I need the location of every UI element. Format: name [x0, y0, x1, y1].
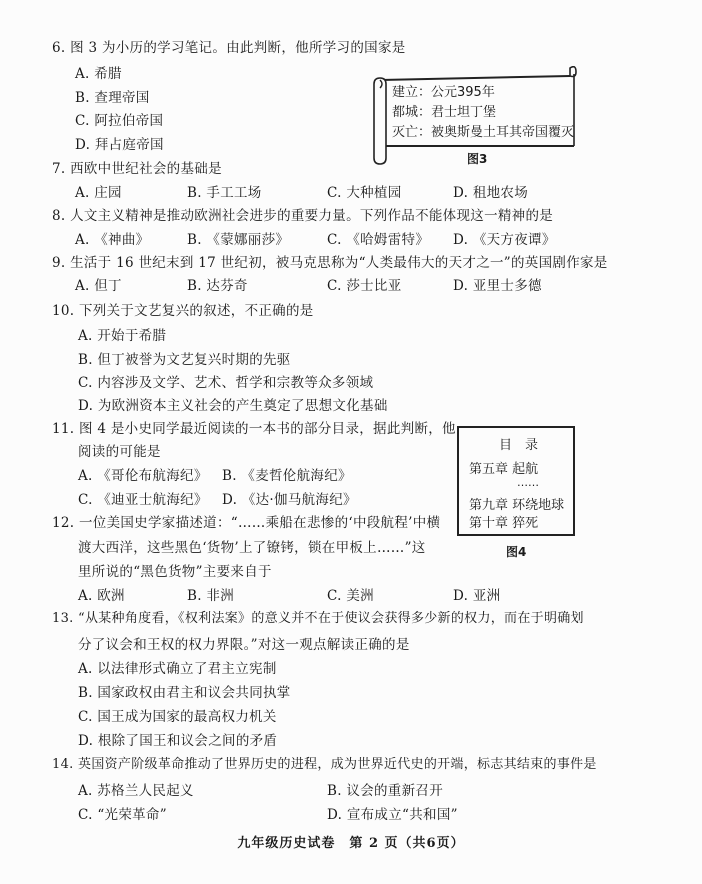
question-13: 13. “从某种角度看，《权利法案》的意义并不在于使议会获得多少新的权力，而在于…	[52, 610, 584, 628]
figure-4-table-of-contents: 目 录 第五章 起航 …… 第九章 环绕地球 第十章 猝死	[457, 426, 575, 536]
option-a[interactable]: A. 但丁	[75, 277, 122, 295]
option-d[interactable]: D. 拜占庭帝国	[75, 136, 164, 154]
question-number: 10.	[52, 303, 74, 319]
question-number: 8.	[52, 208, 65, 224]
question-stem: 人文主义精神是推动欧洲社会进步的重要力量。下列作品不能体现这一精神的是	[70, 208, 553, 224]
question-6: 6. 图 3 为小历的学习笔记。由此判断，他所学习的国家是	[52, 39, 406, 57]
option-c[interactable]: C. 《迪亚士航海纪》	[78, 491, 208, 509]
option-c[interactable]: C. 美洲	[327, 587, 374, 605]
page-footer: 九年级历史试卷 第 2 页（共6页）	[0, 832, 702, 851]
question-stem: 英国资产阶级革命推动了世界历史的进程，成为世界近代史的开端，标志其结束的事件是	[78, 757, 597, 772]
question-stem-line1: 图 4 是小史同学最近阅读的一本书的部分目录，据此判断，他	[79, 421, 456, 437]
option-d[interactable]: D. 根除了国王和议会之间的矛盾	[78, 732, 277, 750]
toc-ellipsis: ……	[517, 476, 539, 489]
question-stem: 下列关于文艺复兴的叙述，不正确的是	[79, 303, 314, 319]
question-number: 14.	[52, 757, 74, 772]
option-b[interactable]: B. 国家政权由君主和议会共同执掌	[78, 684, 291, 702]
question-number: 9.	[52, 255, 65, 271]
question-8: 8. 人文主义精神是推动欧洲社会进步的重要力量。下列作品不能体现这一精神的是	[52, 207, 553, 225]
option-a[interactable]: A. 希腊	[75, 65, 122, 83]
option-b[interactable]: B. 《麦哲伦航海纪》	[222, 467, 352, 485]
question-number: 12.	[52, 515, 74, 531]
option-c[interactable]: C. 莎士比亚	[327, 277, 402, 295]
option-b[interactable]: B. 《蒙娜丽莎》	[187, 231, 289, 249]
option-c[interactable]: C. 国王成为国家的最高权力机关	[78, 708, 277, 726]
option-d[interactable]: D. 《达·伽马航海纪》	[222, 491, 357, 509]
figure-3-line-fall: 灭亡：被奥斯曼土耳其帝国覆灭	[392, 124, 574, 142]
question-stem-line1: 一位美国史学家描述道：“……乘船在悲惨的‘中段航程’中横	[79, 515, 440, 531]
option-b[interactable]: B. 手工工场	[187, 184, 262, 202]
question-stem-line2: 阅读的可能是	[78, 443, 161, 461]
question-11: 11. 图 4 是小史同学最近阅读的一本书的部分目录，据此判断，他	[52, 420, 456, 438]
toc-title: 目 录	[499, 434, 538, 453]
option-a[interactable]: A. 苏格兰人民起义	[78, 782, 194, 800]
question-stem: 西欧中世纪社会的基础是	[70, 161, 222, 177]
option-b[interactable]: B. 但丁被誉为文艺复兴时期的先驱	[78, 351, 291, 369]
question-stem-line2: 分了议会和王权的权力界限。”对这一观点解读正确的是	[78, 636, 410, 654]
option-a[interactable]: A. 欧洲	[78, 587, 125, 605]
option-a[interactable]: A. 庄园	[75, 184, 122, 202]
question-number: 13.	[52, 611, 74, 626]
question-number: 6.	[52, 40, 65, 56]
option-d[interactable]: D. 亚洲	[453, 587, 500, 605]
question-7: 7. 西欧中世纪社会的基础是	[52, 160, 222, 178]
question-10: 10. 下列关于文艺复兴的叙述，不正确的是	[52, 302, 314, 320]
option-c[interactable]: C. 阿拉伯帝国	[75, 112, 163, 130]
question-number: 7.	[52, 161, 65, 177]
option-b[interactable]: B. 查理帝国	[75, 89, 150, 107]
figure-3-line-founded: 建立：公元395年	[392, 84, 495, 102]
question-9: 9. 生活于 16 世纪末到 17 世纪初，被马克思称为“人类最伟大的天才之一”…	[52, 254, 608, 272]
option-a[interactable]: A. 开始于希腊	[78, 327, 166, 345]
option-c[interactable]: C. 《哈姆雷特》	[327, 231, 429, 249]
question-12: 12. 一位美国史学家描述道：“……乘船在悲惨的‘中段航程’中横	[52, 514, 440, 532]
question-stem: 图 3 为小历的学习笔记。由此判断，他所学习的国家是	[70, 40, 405, 56]
option-d[interactable]: D. 宣布成立“共和国”	[327, 806, 458, 824]
option-b[interactable]: B. 非洲	[187, 587, 234, 605]
question-number: 11.	[52, 421, 74, 437]
figure-3-scroll: 建立：公元395年 都城：君士坦丁堡 灭亡：被奥斯曼土耳其帝国覆灭	[370, 66, 580, 162]
figure-3-caption: 图3	[467, 150, 487, 167]
option-d[interactable]: D. 为欧洲资本主义社会的产生奠定了思想文化基础	[78, 397, 388, 415]
option-d[interactable]: D. 亚里士多德	[453, 277, 542, 295]
toc-chapter-5: 第五章 起航	[469, 458, 538, 477]
option-d[interactable]: D. 租地农场	[453, 184, 528, 202]
toc-chapter-10: 第十章 猝死	[469, 512, 538, 531]
option-c[interactable]: C. 内容涉及文学、艺术、哲学和宗教等众多领域	[78, 374, 373, 392]
option-d[interactable]: D. 《天方夜谭》	[453, 231, 556, 249]
toc-chapter-9: 第九章 环绕地球	[469, 494, 564, 513]
option-c[interactable]: C. 大种植园	[327, 184, 402, 202]
option-a[interactable]: A. 以法律形式确立了君主立宪制	[78, 660, 277, 678]
question-stem-line2: 渡大西洋，这些黑色‘货物’上了镣铐，锁在甲板上……”这	[78, 539, 426, 557]
option-b[interactable]: B. 议会的重新召开	[327, 782, 443, 800]
question-stem-line1: “从某种角度看，《权利法案》的意义并不在于使议会获得多少新的权力，而在于明确划	[78, 611, 584, 626]
question-stem-line3: 里所说的“黑色货物”主要来自于	[78, 563, 272, 581]
question-stem: 生活于 16 世纪末到 17 世纪初，被马克思称为“人类最伟大的天才之一”的英国…	[70, 255, 608, 271]
option-a[interactable]: A. 《神曲》	[75, 231, 149, 249]
option-a[interactable]: A. 《哥伦布航海纪》	[78, 467, 208, 485]
option-c[interactable]: C. “光荣革命”	[78, 806, 167, 824]
figure-4-caption: 图4	[506, 543, 526, 560]
option-b[interactable]: B. 达芬奇	[187, 277, 248, 295]
figure-3-line-capital: 都城：君士坦丁堡	[392, 104, 496, 122]
question-14: 14. 英国资产阶级革命推动了世界历史的进程，成为世界近代史的开端，标志其结束的…	[52, 756, 597, 774]
